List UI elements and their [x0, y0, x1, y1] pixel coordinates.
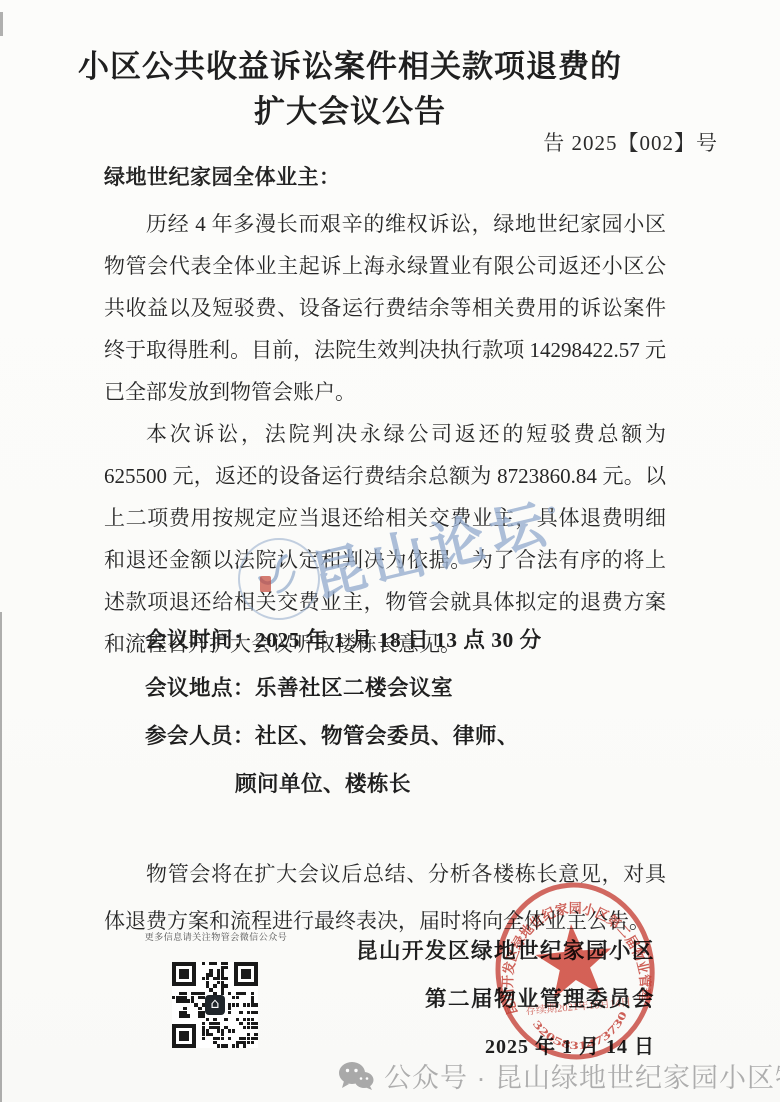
meeting-attendees-line1: 参会人员：社区、物管会委员、律师、	[145, 712, 542, 760]
wechat-icon	[338, 1061, 374, 1091]
scan-artifact-left-line	[0, 612, 2, 1102]
meeting-location-line: 会议地点：乐善社区二楼会议室	[145, 664, 542, 712]
meeting-info: 会议时间：2025 年 1 月 18 日 13 点 30 分 会议地点：乐善社区…	[145, 616, 542, 808]
body-paragraphs: 历经 4 年多漫长而艰辛的维权诉讼，绿地世纪家园小区物管会代表全体业主起诉上海永…	[104, 203, 666, 665]
footer-text: 公众号 · 昆山绿地世纪家园小区物管会	[384, 1056, 780, 1095]
meeting-time-line: 会议时间：2025 年 1 月 18 日 13 点 30 分	[145, 616, 542, 664]
qr-center-house-icon: ⌂	[205, 995, 225, 1015]
seal-star-icon	[533, 921, 615, 1000]
qr-finder-topright	[234, 962, 258, 986]
official-red-seal: 昆山开发区绿地世纪家园小区第二届物业管理委员会 存续期2021年10月14日 3…	[482, 869, 668, 1071]
qr-code: ⌂	[172, 962, 258, 1048]
paragraph-lawsuit-result: 历经 4 年多漫长而艰辛的维权诉讼，绿地世纪家园小区物管会代表全体业主起诉上海永…	[104, 203, 666, 413]
page-title-line1: 小区公共收益诉讼案件相关款项退费的	[30, 44, 670, 89]
salutation: 绿地世纪家园全体业主：	[104, 161, 341, 191]
announcement-document: 小区公共收益诉讼案件相关款项退费的 扩大会议公告 告 2025【002】号 绿地…	[0, 0, 780, 1102]
document-number: 告 2025【002】号	[0, 127, 718, 157]
qr-finder-bottomleft	[172, 1024, 196, 1048]
meeting-attendees-line2: 顾问单位、楼栋长	[145, 760, 542, 808]
seal-center-date: 存续期2021年10月14日	[525, 995, 632, 1017]
page-title: 小区公共收益诉讼案件相关款项退费的 扩大会议公告	[30, 44, 670, 134]
scan-artifact-tick	[0, 12, 3, 36]
footer-account-line: 公众号 · 昆山绿地世纪家园小区物管会	[338, 1056, 780, 1095]
qr-caption: 更多信息请关注物管会微信公众号	[118, 930, 314, 943]
qr-finder-topleft	[172, 962, 196, 986]
